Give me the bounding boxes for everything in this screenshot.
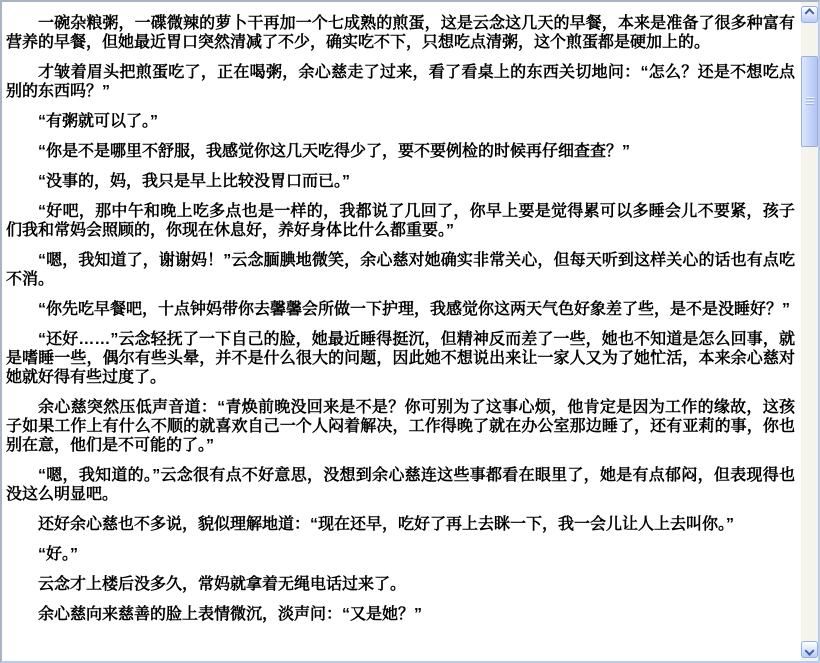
- paragraph: “还好……”云念轻抚了一下自己的脸，她最近睡得挺沉，但精神反而差了一些，她也不知…: [6, 330, 795, 387]
- scrollbar-thumb[interactable]: [801, 56, 818, 147]
- paragraph: “你先吃早餐吧，十点钟妈带你去馨馨会所做一下护理，我感觉你这两天气色好象差了些，…: [6, 300, 795, 319]
- document-window: 一碗杂粮粥，一碟微辣的萝卜干再加一个七成熟的煎蛋，这是云念这几天的早餐，本来是准…: [0, 0, 820, 663]
- paragraph: “好吧，那中午和晚上吃多点也是一样的，我都说了几回了，你早上要是觉得累可以多睡会…: [6, 202, 795, 240]
- paragraph: “嗯，我知道了，谢谢妈！”云念腼腆地微笑，余心慈对她确实非常关心，但每天听到这样…: [6, 251, 795, 289]
- paragraph: “嗯，我知道的。”云念很有点不好意思，没想到余心慈连这些事都看在眼里了，她是有点…: [6, 466, 795, 504]
- paragraph: “没事的，妈，我只是早上比较没胃口而已。”: [6, 172, 795, 191]
- vertical-scrollbar[interactable]: [801, 2, 818, 661]
- chevron-up-icon: [805, 8, 815, 18]
- paragraph: 余心慈向来慈善的脸上表情微沉，淡声问：“又是她？”: [6, 605, 795, 624]
- paragraph: 还好余心慈也不多说，貌似理解地道：“现在还早，吃好了再上去眯一下，我一会儿让人上…: [6, 515, 795, 534]
- document-body: 一碗杂粮粥，一碟微辣的萝卜干再加一个七成熟的煎蛋，这是云念这几天的早餐，本来是准…: [2, 2, 801, 661]
- scroll-down-button[interactable]: [801, 641, 818, 658]
- paragraph: “你是不是哪里不舒服，我感觉你这几天吃得少了，要不要例检的时候再仔细查查？”: [6, 142, 795, 161]
- paragraph: 余心慈突然压低声音道：“青焕前晚没回来是不是？你可别为了这事心烦，他肯定是因为工…: [6, 398, 795, 455]
- paragraph: 云念才上楼后没多久，常妈就拿着无绳电话过来了。: [6, 575, 795, 594]
- paragraph: 才皱着眉头把煎蛋吃了，正在喝粥，余心慈走了过来，看了看桌上的东西关切地问：“怎么…: [6, 63, 795, 101]
- scrollbar-grip-icon: [806, 97, 814, 106]
- paragraph: “好。”: [6, 545, 795, 564]
- paragraph: “有粥就可以了。”: [6, 112, 795, 131]
- paragraph: 一碗杂粮粥，一碟微辣的萝卜干再加一个七成熟的煎蛋，这是云念这几天的早餐，本来是准…: [6, 14, 795, 52]
- chevron-down-icon: [805, 646, 815, 656]
- scroll-up-button[interactable]: [801, 6, 818, 23]
